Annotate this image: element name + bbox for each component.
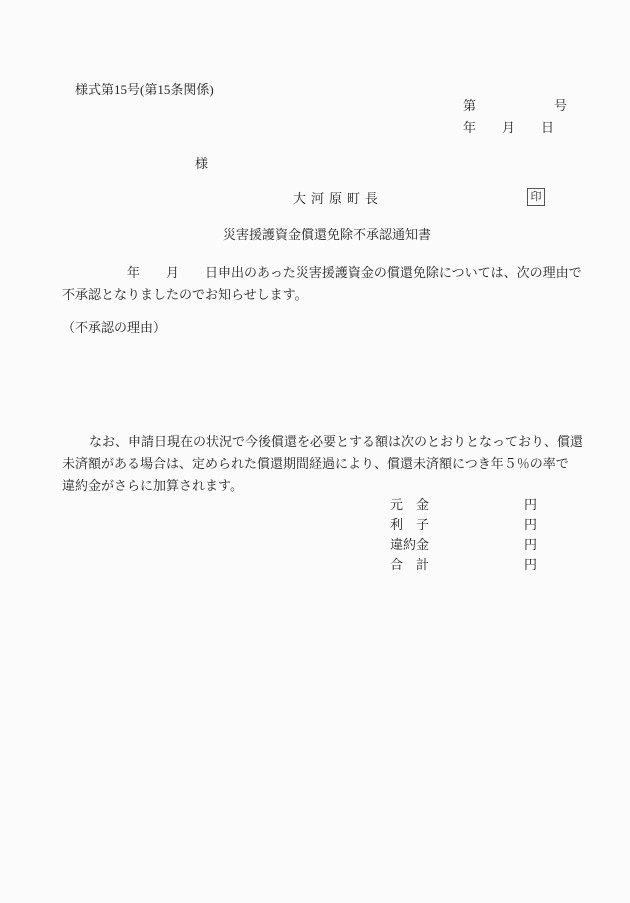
amount-row-total: 合 計 円 (390, 555, 537, 575)
amount-row-interest: 利 子 円 (390, 515, 537, 535)
document-number-line: 第 号 (463, 99, 567, 113)
amount-label: 元 金 (390, 495, 429, 515)
amount-row-penalty: 違約金 円 (390, 535, 537, 555)
note-paragraph-line-1: なお、申請日現在の状況で今後償還を必要とする額は次のとおりとなっており、償還 (62, 435, 583, 449)
document-page: 様式第15号(第15条関係) 第 号 年 月 日 様 大河原町長 印 災害援護資… (0, 0, 630, 903)
body-paragraph-line-1: 年 月 日申出のあった災害援護資金の償還免除については、次の理由で (62, 266, 582, 280)
amount-unit: 円 (524, 515, 537, 535)
amount-label: 利 子 (390, 515, 429, 535)
document-title: 災害援護資金償還免除不承認通知書 (223, 228, 431, 242)
recipient-suffix: 様 (195, 157, 208, 171)
amount-unit: 円 (524, 495, 537, 515)
amount-unit: 円 (524, 555, 537, 575)
seal-mark: 印 (527, 188, 545, 206)
disapproval-reason-heading: （不承認の理由） (62, 321, 166, 335)
amount-label: 合 計 (390, 555, 429, 575)
amount-unit: 円 (524, 535, 537, 555)
note-paragraph-line-3: 違約金がさらに加算されます。 (62, 479, 243, 493)
body-paragraph-line-2: 不承認となりましたのでお知らせします。 (62, 288, 308, 302)
note-paragraph-line-2: 未済額がある場合は、定められた償還期間経過により、償還未済額につき年５％の率で (62, 457, 569, 471)
amounts-table: 元 金 円 利 子 円 違約金 円 合 計 円 (390, 495, 537, 575)
date-line: 年 月 日 (463, 121, 554, 135)
amount-row-principal: 元 金 円 (390, 495, 537, 515)
issuer-title: 大河原町長 (293, 192, 383, 206)
form-number: 様式第15号(第15条関係) (75, 83, 214, 97)
amount-label: 違約金 (390, 535, 429, 555)
